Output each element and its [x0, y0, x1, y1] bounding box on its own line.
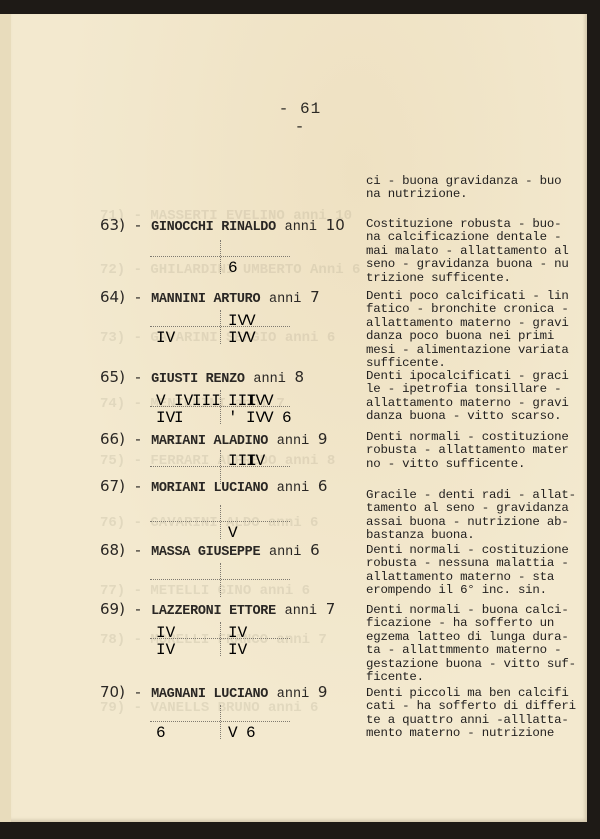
tooth-mark: I	[174, 409, 184, 427]
tooth-mark: V	[228, 524, 238, 542]
patient-name: GINOCCHI RINALDO	[151, 220, 276, 235]
entry-notes: Denti normali - buona calci- ficazione -…	[366, 604, 580, 684]
entry-heading: 67) - MORIANI LUCIANO anni 6	[100, 477, 327, 496]
entry-separator: -	[125, 433, 151, 449]
entry-notes: Denti piccoli ma ben calcifi cati - ha s…	[366, 687, 580, 741]
age-label: anni	[269, 545, 301, 560]
entry-separator: -	[125, 480, 151, 496]
patient-name: MASSA GIUSEPPE	[151, 545, 260, 560]
tooth-mark: V	[246, 312, 256, 330]
entry-notes: Denti poco calcificati - lin fatico - br…	[366, 290, 580, 370]
entry-number: 69)	[100, 600, 125, 618]
patient-name: MANNINI ARTURO	[151, 292, 260, 307]
tooth-mark: IV	[156, 641, 175, 659]
patient-age: 9	[318, 430, 328, 448]
entry-notes: Gracile - denti radi - allat- tamento al…	[366, 489, 580, 543]
entry-separator: -	[125, 544, 151, 560]
patient-age: 8	[295, 368, 305, 386]
entry-number: 68)	[100, 541, 125, 559]
tooth-mark: V	[264, 392, 274, 410]
tooth-mark: 6	[156, 724, 166, 742]
entry-separator: -	[125, 371, 151, 387]
tooth-mark: V	[228, 724, 238, 742]
tooth-mark: V	[264, 409, 274, 427]
entry-heading: 69) - LAZZERONI ETTORE anni 7	[100, 600, 335, 619]
age-label: anni	[277, 687, 309, 702]
entry-number: 65)	[100, 368, 125, 386]
tooth-mark: IV	[228, 312, 247, 330]
entry-separator: -	[125, 219, 151, 235]
tooth-mark: '	[228, 409, 238, 427]
tooth-mark: V	[156, 392, 166, 410]
entry-separator: -	[125, 686, 151, 702]
tooth-mark: IV	[156, 624, 175, 642]
tooth-mark: IV	[228, 641, 247, 659]
patient-age: 7	[326, 600, 336, 618]
chart-vertical-line	[220, 622, 221, 656]
entry-number: 63)	[100, 216, 125, 234]
entry-heading: 70) - MAGNANI LUCIANO anni 9	[100, 683, 327, 702]
dental-chart: V	[150, 505, 290, 539]
chart-vertical-line	[220, 705, 221, 739]
tooth-mark: IV	[246, 409, 265, 427]
chart-vertical-line	[220, 310, 221, 344]
entry-notes: Denti normali - costituzione robusta - a…	[366, 431, 580, 471]
patient-name: MARIANI ALADINO	[151, 434, 268, 449]
tooth-mark: IV	[246, 452, 265, 470]
chart-vertical-line	[220, 563, 221, 597]
dental-chart: IVVIVIVV	[150, 310, 290, 344]
patient-name: MORIANI LUCIANO	[151, 481, 268, 496]
tooth-mark: IV	[246, 392, 265, 410]
patient-age: 9	[318, 683, 328, 701]
chart-vertical-line	[220, 505, 221, 539]
entry-separator: -	[125, 603, 151, 619]
entry-heading: 66) - MARIANI ALADINO anni 9	[100, 430, 327, 449]
tooth-mark: V	[246, 329, 256, 347]
tooth-mark: IV	[156, 329, 175, 347]
entry-notes: Denti normali - costituzione robusta - n…	[366, 544, 580, 598]
tooth-mark: 6	[228, 259, 238, 277]
patient-name: MAGNANI LUCIANO	[151, 687, 268, 702]
entry-notes: Costituzione robusta - buo- na calcifica…	[366, 218, 580, 285]
dental-chart: IVIVIVIV	[150, 622, 290, 656]
patient-name: LAZZERONI ETTORE	[151, 604, 276, 619]
age-label: anni	[277, 481, 309, 496]
tooth-mark: 6	[246, 724, 256, 742]
dental-chart: 6V6	[150, 705, 290, 739]
tooth-mark: IV	[228, 624, 247, 642]
entry-heading: 63) - GINOCCHI RINALDO anni 10	[100, 216, 345, 235]
entry-number: 64)	[100, 288, 125, 306]
tooth-mark: III	[192, 392, 221, 410]
dental-chart: 6	[150, 240, 290, 274]
patient-age: 7	[310, 288, 320, 306]
tooth-mark: IV	[174, 392, 193, 410]
tooth-mark: IV	[228, 329, 247, 347]
entry-heading: 68) - MASSA GIUSEPPE anni 6	[100, 541, 320, 560]
patient-age: 6	[318, 477, 328, 495]
patient-age: 10	[326, 216, 345, 234]
dental-chart	[150, 563, 290, 597]
entry-heading: 65) - GIUSTI RENZO anni 8	[100, 368, 304, 387]
patient-name: GIUSTI RENZO	[151, 372, 245, 387]
age-label: anni	[253, 372, 285, 387]
entry-heading: 64) - MANNINI ARTURO anni 7	[100, 288, 320, 307]
dental-chart: VIVIIIIIIIVVIVI'IVV6	[150, 390, 290, 424]
entry-number: 67)	[100, 477, 125, 495]
chart-vertical-line	[220, 240, 221, 274]
tooth-mark: 6	[282, 409, 292, 427]
age-label: anni	[269, 292, 301, 307]
entry-notes: Denti ipocalcificati - graci le - ipetro…	[366, 370, 580, 424]
patient-age: 6	[310, 541, 320, 559]
tooth-mark: IV	[156, 409, 175, 427]
entry-number: 70)	[100, 683, 125, 701]
age-label: anni	[277, 434, 309, 449]
age-label: anni	[285, 604, 317, 619]
entry-number: 66)	[100, 430, 125, 448]
page-number: - 61 -	[270, 100, 330, 136]
entry-separator: -	[125, 291, 151, 307]
continuation-text: ci - buona gravidanza - buo na nutrizion…	[366, 175, 580, 202]
age-label: anni	[285, 220, 317, 235]
